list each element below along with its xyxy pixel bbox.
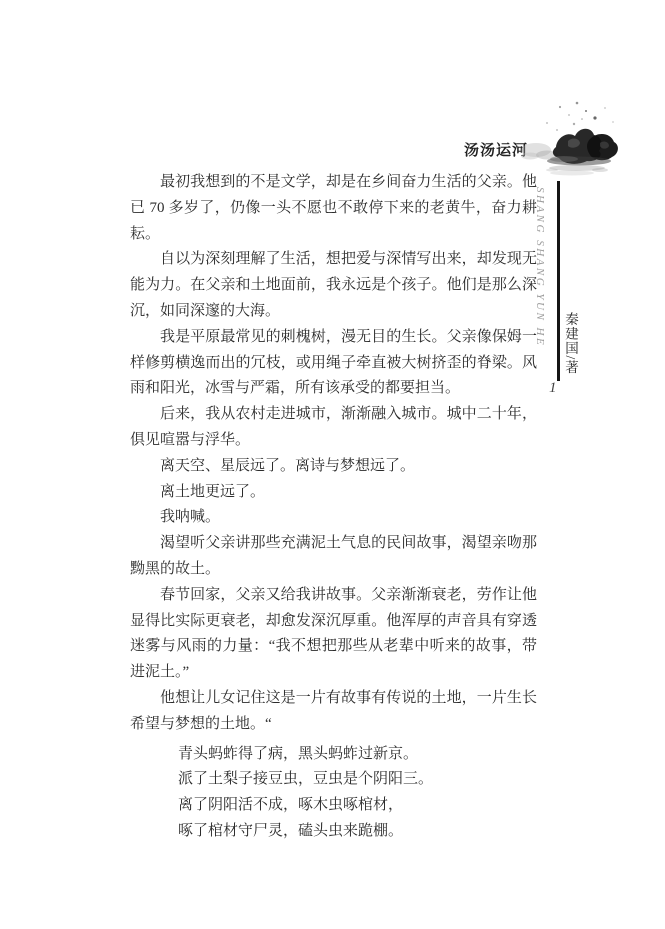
paragraph: 我是平原最常见的刺槐树，漫无目的生长。父亲像保姆一样修剪横逸而出的冗枝，或用绳子… xyxy=(130,325,537,402)
verse-line: 啄了棺材守尸灵，磕头虫来跪棚。 xyxy=(130,819,537,845)
verse-line: 派了土梨子接豆虫，豆虫是个阴阳三。 xyxy=(130,767,537,793)
verse-line: 青头蚂蚱得了病，黑头蚂蚱过新京。 xyxy=(130,742,537,768)
paragraph: 他想让儿女记住这是一片有故事有传说的土地，一片生长希望与梦想的土地。“ xyxy=(130,686,537,738)
paragraph: 离天空、星辰远了。离诗与梦想远了。 xyxy=(130,454,537,480)
paragraph: 自以为深刻理解了生活，想把爱与深情写出来，却发现无能为力。在父亲和土地面前，我永… xyxy=(130,247,537,324)
ink-wash-landscape-icon xyxy=(516,97,632,179)
paragraph: 后来，我从农村走进城市，渐渐融入城市。城中二十年，俱见喧嚣与浮华。 xyxy=(130,402,537,454)
paragraph: 我呐喊。 xyxy=(130,505,537,531)
folk-verse-block: 青头蚂蚱得了病，黑头蚂蚱过新京。 派了土梨子接豆虫，豆虫是个阴阳三。 离了阴阳活… xyxy=(130,742,537,845)
body-text-block: 最初我想到的不是文学，却是在乡间奋力生活的父亲。他已 70 多岁了，仍像一头不愿… xyxy=(130,170,537,845)
author-byline: 秦建国/著 xyxy=(560,312,580,375)
verse-line: 离了阴阳活不成，啄木虫啄棺材， xyxy=(130,793,537,819)
book-page: 汤汤运河 SHANG SHANG YUN HE 秦建国/著 1 xyxy=(0,0,665,929)
page-number: 1 xyxy=(549,380,557,397)
paragraph: 春节回家，父亲又给我讲故事。父亲渐渐衰老，劳作让他显得比实际更衰老，却愈发深沉厚… xyxy=(130,583,537,686)
paragraph: 离土地更远了。 xyxy=(130,480,537,506)
paragraph: 最初我想到的不是文学，却是在乡间奋力生活的父亲。他已 70 多岁了，仍像一头不愿… xyxy=(130,170,537,247)
paragraph: 渴望听父亲讲那些充满泥土气息的民间故事，渴望亲吻那黝黑的故土。 xyxy=(130,531,537,583)
